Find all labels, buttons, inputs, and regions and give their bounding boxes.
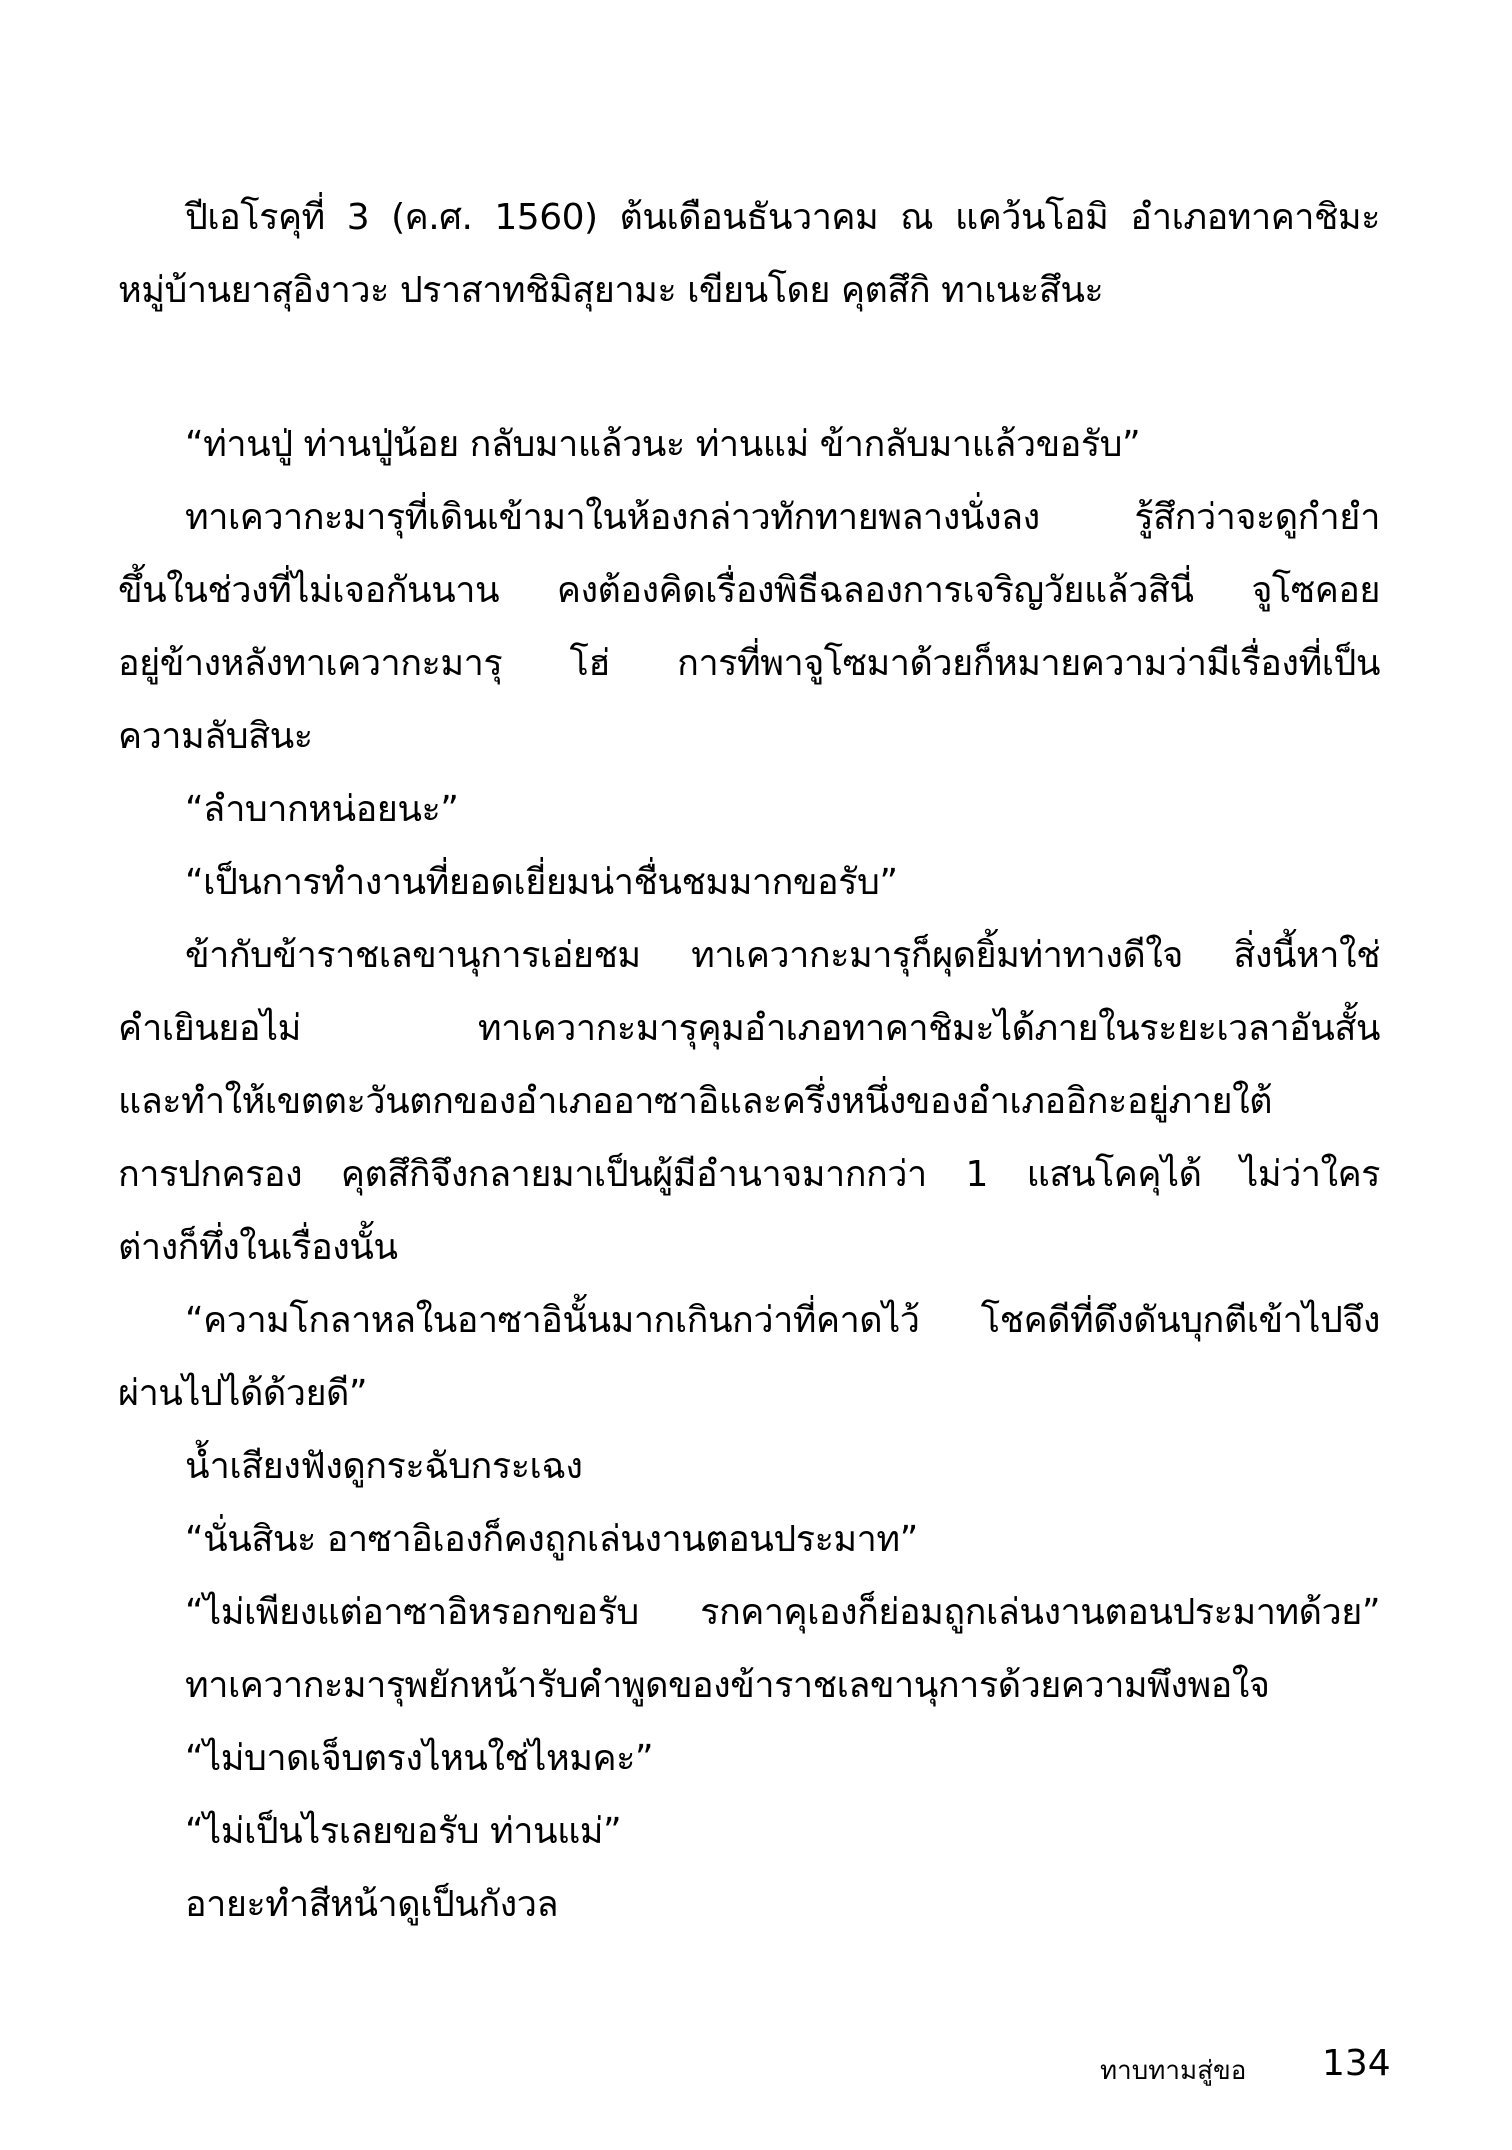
text-line: ผ่านไปได้ด้วยดี” [118, 1376, 367, 1412]
text-line: ต่างก็ทึ่งในเรื่องนั้น [118, 1230, 398, 1266]
text-line: “นั่นสินะ อาซาอิเองก็คงถูกเล่นงานตอนประม… [185, 1522, 918, 1558]
text-line: ขึ้นในช่วงที่ไม่เจอกันนาน คงต้องคิดเรื่อ… [118, 573, 1380, 609]
text-line: “ลำบากหน่อยนะ” [185, 792, 458, 828]
text-line: ปีเอโรคุที่ 3 (ค.ศ. 1560) ต้นเดือนธันวาค… [185, 200, 1380, 236]
text-line: ทาเควากะมารุพยักหน้ารับคำพูดของข้าราชเลข… [185, 1668, 1269, 1704]
text-line: น้ำเสียงฟังดูกระฉับกระเฉง [185, 1449, 582, 1485]
page-number: 134 [1322, 2043, 1391, 2084]
text-line: ความลับสินะ [118, 719, 313, 755]
text-line: “เป็นการทำงานที่ยอดเยี่ยมน่าชื่นชมมากขอร… [185, 865, 898, 901]
text-line: ข้ากับข้าราชเลขานุการเอ่ยชม ทาเควากะมารุ… [185, 938, 1380, 974]
text-line: ทาเควากะมารุที่เดินเข้ามาในห้องกล่าวทักท… [185, 500, 1380, 536]
document-page: ปีเอโรคุที่ 3 (ค.ศ. 1560) ต้นเดือนธันวาค… [0, 0, 1512, 2150]
text-line: “ไม่เพียงแต่อาซาอิหรอกขอรับ รกคาคุเองก็ย… [185, 1595, 1380, 1631]
footer-book-title: ทาบทามสู่ขอ [1100, 2050, 1246, 2091]
text-line: คำเยินยอไม่ ทาเควากะมารุคุมอำเภอทาคาชิมะ… [118, 1011, 1380, 1047]
text-line: อยู่ข้างหลังทาเควากะมารุ โฮ่ การที่พาจูโ… [118, 646, 1380, 682]
text-line: “ไม่เป็นไรเลยขอรับ ท่านแม่” [185, 1814, 621, 1850]
text-line: “ความโกลาหลในอาซาอินั้นมากเกินกว่าที่คาด… [185, 1303, 1380, 1339]
text-line: และทำให้เขตตะวันตกของอำเภออาซาอิและครึ่ง… [118, 1084, 1380, 1120]
text-line: “ท่านปู่ ท่านปู่น้อย กลับมาแล้วนะ ท่านแม… [185, 427, 1140, 463]
text-line: หมู่บ้านยาสุอิงาวะ ปราสาทชิมิสุยามะ เขีย… [118, 273, 1103, 309]
text-line: การปกครอง คุตสึกิจึงกลายมาเป็นผู้มีอำนาจ… [118, 1157, 1380, 1193]
text-line: “ไม่บาดเจ็บตรงไหนใช่ไหมคะ” [185, 1741, 653, 1777]
text-line: อายะทำสีหน้าดูเป็นกังวล [185, 1887, 558, 1923]
